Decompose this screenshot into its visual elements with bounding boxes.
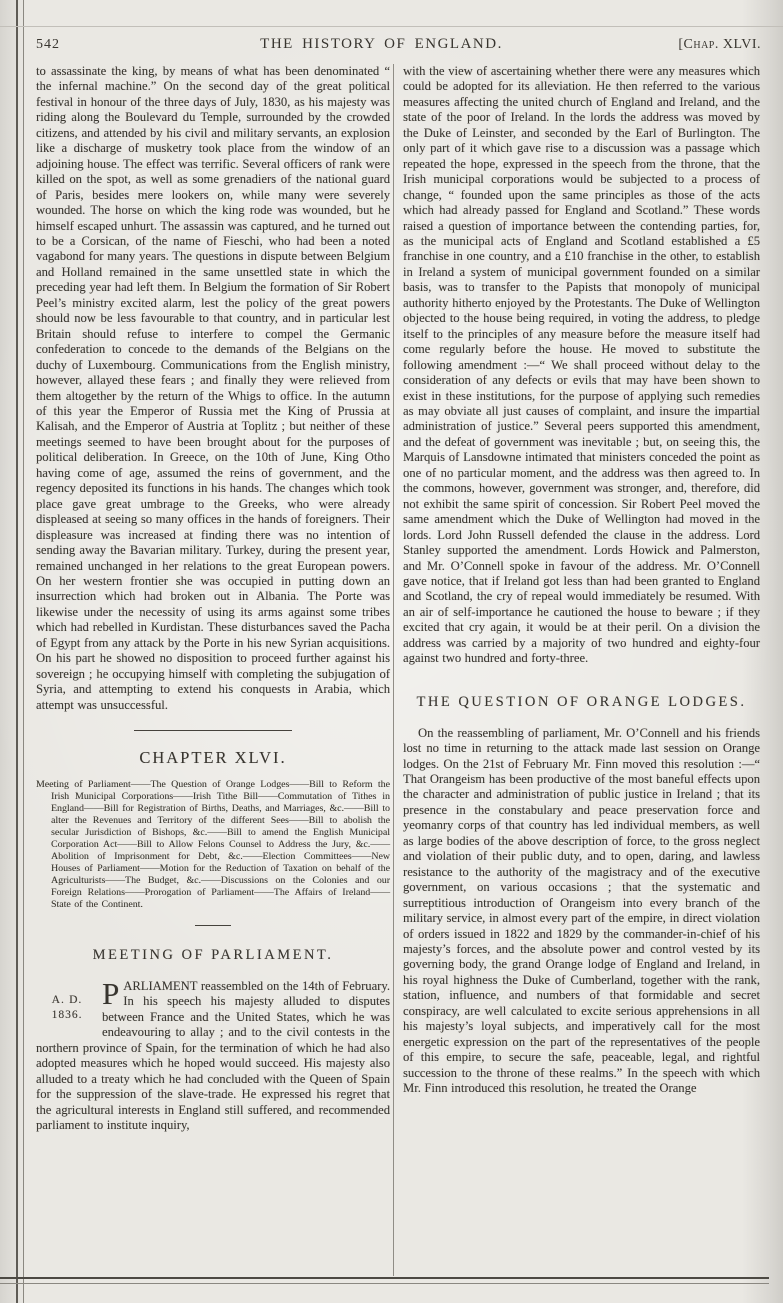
left-column: to assassinate the king, by means of wha… xyxy=(36,64,390,1134)
chapter-contents-summary: Meeting of Parliament——The Question of O… xyxy=(36,779,390,911)
margin-date-note: A. D.1836. xyxy=(36,979,98,1026)
section-heading-meeting-of-parliament: MEETING OF PARLIAMENT. xyxy=(36,947,390,964)
scan-binding-lines xyxy=(16,0,24,1303)
section-divider-rule xyxy=(134,730,292,731)
paragraph-continuation: with the view of ascertaining whether th… xyxy=(403,64,760,667)
paragraph-orange-lodges: On the reassembling of parliament, Mr. O… xyxy=(403,726,760,1097)
page-bottom-rule xyxy=(0,1277,769,1284)
paragraph-parliament: A. D.1836.PARLIAMENT reassembled on the … xyxy=(36,979,390,1134)
text-columns: to assassinate the king, by means of wha… xyxy=(36,64,760,1134)
chapter-heading: CHAPTER XLVI. xyxy=(36,748,390,768)
running-header: 542 THE HISTORY OF ENGLAND. [Chap. XLVI. xyxy=(36,36,761,53)
margin-date-line2: 1836. xyxy=(52,1009,83,1021)
section-divider-rule-short xyxy=(195,925,231,926)
paragraph-continuation: to assassinate the king, by means of wha… xyxy=(36,64,390,713)
drop-cap: P xyxy=(102,979,119,1007)
page-number: 542 xyxy=(36,37,106,53)
margin-date-line1: A. D. xyxy=(52,994,83,1006)
right-column: with the view of ascertaining whether th… xyxy=(403,64,760,1134)
section-heading-orange-lodges: THE QUESTION OF ORANGE LODGES. xyxy=(403,694,760,711)
scan-top-edge-line xyxy=(0,26,783,27)
scanned-book-page: 542 THE HISTORY OF ENGLAND. [Chap. XLVI.… xyxy=(0,0,783,1303)
chapter-reference: [Chap. XLVI. xyxy=(657,37,761,53)
running-title: THE HISTORY OF ENGLAND. xyxy=(106,36,657,53)
